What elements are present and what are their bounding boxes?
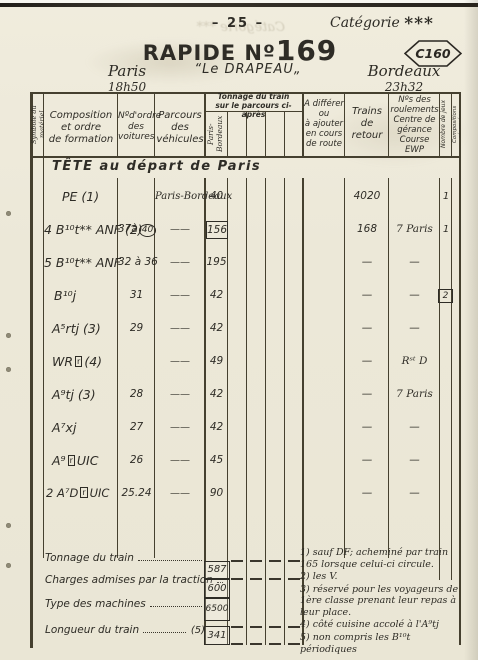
cell-dash: [269, 643, 281, 645]
footer-value-machines: 6500: [204, 598, 230, 621]
roulement-cell: —: [389, 279, 440, 312]
composition-text: 5 B¹⁰t** ANF: [44, 255, 121, 270]
ordre-text: 37à: [118, 223, 138, 235]
roulement-cell: Rˢᵗ D: [389, 345, 440, 378]
composition-suffix: UIC: [90, 486, 110, 500]
parcours-cell: ——: [155, 444, 205, 477]
train-name: “Le DRAPEAU„: [178, 62, 318, 77]
jeux-cell: [440, 312, 452, 345]
composition-cell: A⁷xj: [44, 411, 128, 444]
category-label: Catégorie: [330, 15, 400, 31]
roulement-cell: —: [389, 312, 440, 345]
footer-label: Type des machines: [45, 598, 146, 610]
footnote: 4) côté cuisine accolé à l'A⁹tj: [300, 619, 466, 631]
cell-dash: [250, 626, 262, 628]
roulement-cell: —: [389, 444, 440, 477]
table-row: B¹⁰j 31 —— 42 — — 2: [30, 279, 461, 312]
footnote: 1) sauf DF; acheminé par train 165 lorsq…: [300, 547, 466, 570]
table-row: WRr(4) —— 49 — Rˢᵗ D: [30, 345, 461, 378]
column-header-differer: A différer ou à ajouter en cours de rout…: [304, 99, 344, 149]
ordre-cell: 32 à 36: [118, 246, 155, 279]
parcours-cell: ——: [155, 279, 205, 312]
category-line: Catégorie ***: [330, 14, 434, 34]
parcours-cell: ——: [155, 477, 205, 510]
roulement-cell: —: [389, 411, 440, 444]
page-top-edge: [0, 3, 478, 7]
tonnage-cell: 42: [205, 312, 228, 345]
boxed-letter: r: [75, 356, 82, 367]
retour-cell: —: [345, 312, 389, 345]
composition-text: A⁹tj (3): [52, 387, 96, 402]
ordre-text: 27: [130, 421, 143, 433]
tonnage-cell: 42: [205, 411, 228, 444]
retour-cell: —: [345, 345, 389, 378]
ordre-text: 31: [130, 289, 143, 301]
ordre-text: 25.24: [121, 487, 151, 499]
retour-cell: 168: [345, 213, 389, 246]
origin-block: Paris 18h50: [92, 62, 162, 94]
jeux-cell: [440, 345, 452, 378]
binder-hole: [6, 563, 11, 568]
grid-line: [154, 92, 155, 156]
footnote-ref: (5): [191, 625, 205, 636]
ordre-cell: 29: [118, 312, 155, 345]
table-row: A⁹rUIC 26 —— 45 — —: [30, 444, 461, 477]
retour-cell: —: [345, 444, 389, 477]
roulement-cell: —: [389, 246, 440, 279]
page-right-shadow: [464, 0, 478, 660]
footer-value-charges: 600: [204, 579, 230, 598]
dotted-leader: [143, 632, 186, 633]
scanned-document-page: Catégorie *** – 25 – Catégorie *** RAPID…: [0, 0, 478, 660]
grid-line: [30, 156, 461, 158]
cell-dash: [269, 578, 281, 580]
parcours-cell: Paris-Bordeaux: [155, 180, 205, 213]
ordre-cell: [118, 345, 155, 378]
boxed-letter: r: [68, 455, 75, 466]
footer-line: Charges admises par la traction: [45, 574, 205, 586]
section-title: TÊTE au départ de Paris: [52, 159, 261, 174]
column-header-jeux: Nombre de jeux: [440, 93, 451, 156]
roulement-cell: [389, 180, 440, 213]
binder-hole: [6, 367, 11, 372]
dotted-leader: [138, 560, 202, 561]
table-row: A⁹tj (3) 28 —— 42 — 7 Paris: [30, 378, 461, 411]
footer-value-tonnage: 587: [204, 561, 230, 579]
footer-value-longueur: 341: [204, 626, 230, 645]
table-row: 5 B¹⁰t** ANF 32 à 36 —— 195 — —: [30, 246, 461, 279]
tonnage-cell: 40: [205, 180, 228, 213]
composition-text: B¹⁰j: [54, 288, 76, 303]
ordre-text: 26: [130, 454, 143, 466]
table-row: A⁷xj 27 —— 42 — —: [30, 411, 461, 444]
composition-cell: WRr(4): [44, 345, 128, 378]
ordre-cell: 37à40: [118, 213, 155, 246]
table-row: 4 B¹⁰t** ANF (2) 37à40 —— 156 168 7 Pari…: [30, 213, 461, 246]
grid-line: [344, 92, 345, 156]
ordre-cell: 28: [118, 378, 155, 411]
tonnage-cell: 45: [205, 444, 228, 477]
cell-dash: [288, 626, 300, 628]
parcours-cell: ——: [155, 246, 205, 279]
composition-cell: A⁹rUIC: [44, 444, 128, 477]
ordre-text: 32 à 36: [118, 256, 158, 268]
retour-cell: —: [345, 477, 389, 510]
footnotes-block: 1) sauf DF; acheminé par train 165 lorsq…: [300, 547, 466, 656]
binder-hole: [6, 333, 11, 338]
binder-hole: [6, 211, 11, 216]
jeux-cell: [440, 444, 452, 477]
cell-dash: [269, 626, 281, 628]
composition-text: A⁹: [52, 453, 66, 468]
jeux-cell: 1: [440, 180, 452, 213]
composition-cell: 4 B¹⁰t** ANF (2): [44, 213, 120, 246]
composition-text: WR: [52, 354, 73, 369]
cell-dash: [231, 578, 243, 580]
roulement-cell: 7 Paris: [389, 213, 440, 246]
parcours-cell: ——: [155, 378, 205, 411]
ordre-cell: 31: [118, 279, 155, 312]
cell-dash: [250, 578, 262, 580]
destination-city: Bordeaux: [366, 62, 442, 80]
column-header-tonnage-sub: Paris-Bordeaux: [206, 113, 226, 155]
jeux-cell: [440, 378, 452, 411]
cell-dash: [250, 643, 262, 645]
footnote: 2) les V.: [300, 571, 466, 583]
retour-cell: —: [345, 378, 389, 411]
composition-text: A⁵rtj (3): [52, 321, 101, 336]
retour-cell: —: [345, 246, 389, 279]
column-header-parcours: Parcours des véhicules: [156, 110, 204, 145]
page-number: – 25 –: [178, 16, 298, 31]
jeux-cell: 2: [438, 289, 453, 303]
column-header-reservees: Compositions réservées: [452, 93, 460, 156]
composition-text: 2 A⁷D: [46, 486, 78, 500]
cell-dash: [269, 560, 281, 562]
ordre-cell: [118, 180, 155, 213]
circled-number: 40: [139, 224, 156, 237]
table-row: A⁵rtj (3) 29 —— 42 — —: [30, 312, 461, 345]
footnote: 3) réservé pour les voyageurs de 1ère cl…: [300, 584, 466, 619]
footer-line: Tonnage du train: [45, 552, 205, 564]
footer-label: Charges admises par la traction: [45, 574, 213, 586]
retour-cell: —: [345, 279, 389, 312]
footer-line: Type des machines: [45, 598, 205, 610]
ordre-cell: 26: [118, 444, 155, 477]
parcours-cell: ——: [155, 345, 205, 378]
composition-text: PE (1): [62, 189, 99, 204]
ordre-cell: 27: [118, 411, 155, 444]
tonnage-cell: 156: [206, 221, 228, 239]
column-header-retour: Trains de retour: [346, 106, 388, 141]
composition-cell: 2 A⁷DrUIC: [44, 477, 122, 510]
category-stars: ***: [404, 14, 434, 34]
cell-dash: [288, 560, 300, 562]
column-header-ordre: Nºd'ordre des voitures: [118, 111, 154, 143]
destination-block: Bordeaux 23h32: [366, 62, 442, 94]
footer-label: Longueur du train: [45, 624, 139, 636]
ordre-text: 28: [130, 388, 143, 400]
retour-cell: —: [345, 411, 389, 444]
tonnage-cell: 42: [205, 279, 228, 312]
table-row: 2 A⁷DrUIC 25.24 —— 90 — —: [30, 477, 461, 510]
cell-dash: [288, 643, 300, 645]
cell-dash: [250, 560, 262, 562]
composition-cell: 5 B¹⁰t** ANF: [44, 246, 120, 279]
cell-dash: [231, 626, 243, 628]
retour-cell: 4020: [345, 180, 389, 213]
jeux-cell: [440, 411, 452, 444]
jeux-cell: 1: [440, 213, 452, 246]
jeux-cell: [440, 477, 452, 510]
footer-label: Tonnage du train: [45, 552, 134, 564]
tonnage-cell: 42: [205, 378, 228, 411]
footnote: 5) non compris les B¹⁰t périodiques: [300, 632, 466, 655]
composition-cell: A⁹tj (3): [44, 378, 128, 411]
tonnage-cell: 49: [205, 345, 228, 378]
parcours-cell: ——: [155, 312, 205, 345]
column-header-composition: Composition et ordre de formation: [45, 110, 117, 145]
composition-text: A⁷xj: [52, 420, 76, 435]
speed-badge-text: C160: [415, 46, 451, 61]
tonnage-cell: 90: [205, 477, 228, 510]
binder-hole: [6, 523, 11, 528]
origin-city: Paris: [92, 62, 162, 80]
roulement-cell: —: [389, 477, 440, 510]
composition-suffix: UIC: [77, 453, 99, 468]
column-header-roulements: Nºs des roulements Centre de gérance Cou…: [390, 95, 439, 155]
footer-line: Longueur du train(5): [45, 624, 205, 636]
cell-dash: [231, 560, 243, 562]
cell-dash: [231, 643, 243, 645]
dotted-leader: [150, 606, 202, 607]
tonnage-cell: 195: [205, 246, 228, 279]
composition-cell: A⁵rtj (3): [44, 312, 128, 345]
ordre-text: 29: [130, 322, 143, 334]
parcours-cell: ——: [155, 213, 205, 246]
jeux-cell: [440, 246, 452, 279]
parcours-cell: ——: [155, 411, 205, 444]
column-header-symbole: Symbole du matériel: [30, 93, 44, 156]
cell-dash: [288, 578, 300, 580]
boxed-letter: r: [80, 487, 87, 498]
grid-line: [388, 92, 389, 156]
composition-suffix: (4): [84, 354, 102, 369]
table-row: PE (1) Paris-Bordeaux 40 4020 1: [30, 180, 461, 213]
ordre-cell: 25.24: [118, 477, 155, 510]
roulement-cell: 7 Paris: [389, 378, 440, 411]
